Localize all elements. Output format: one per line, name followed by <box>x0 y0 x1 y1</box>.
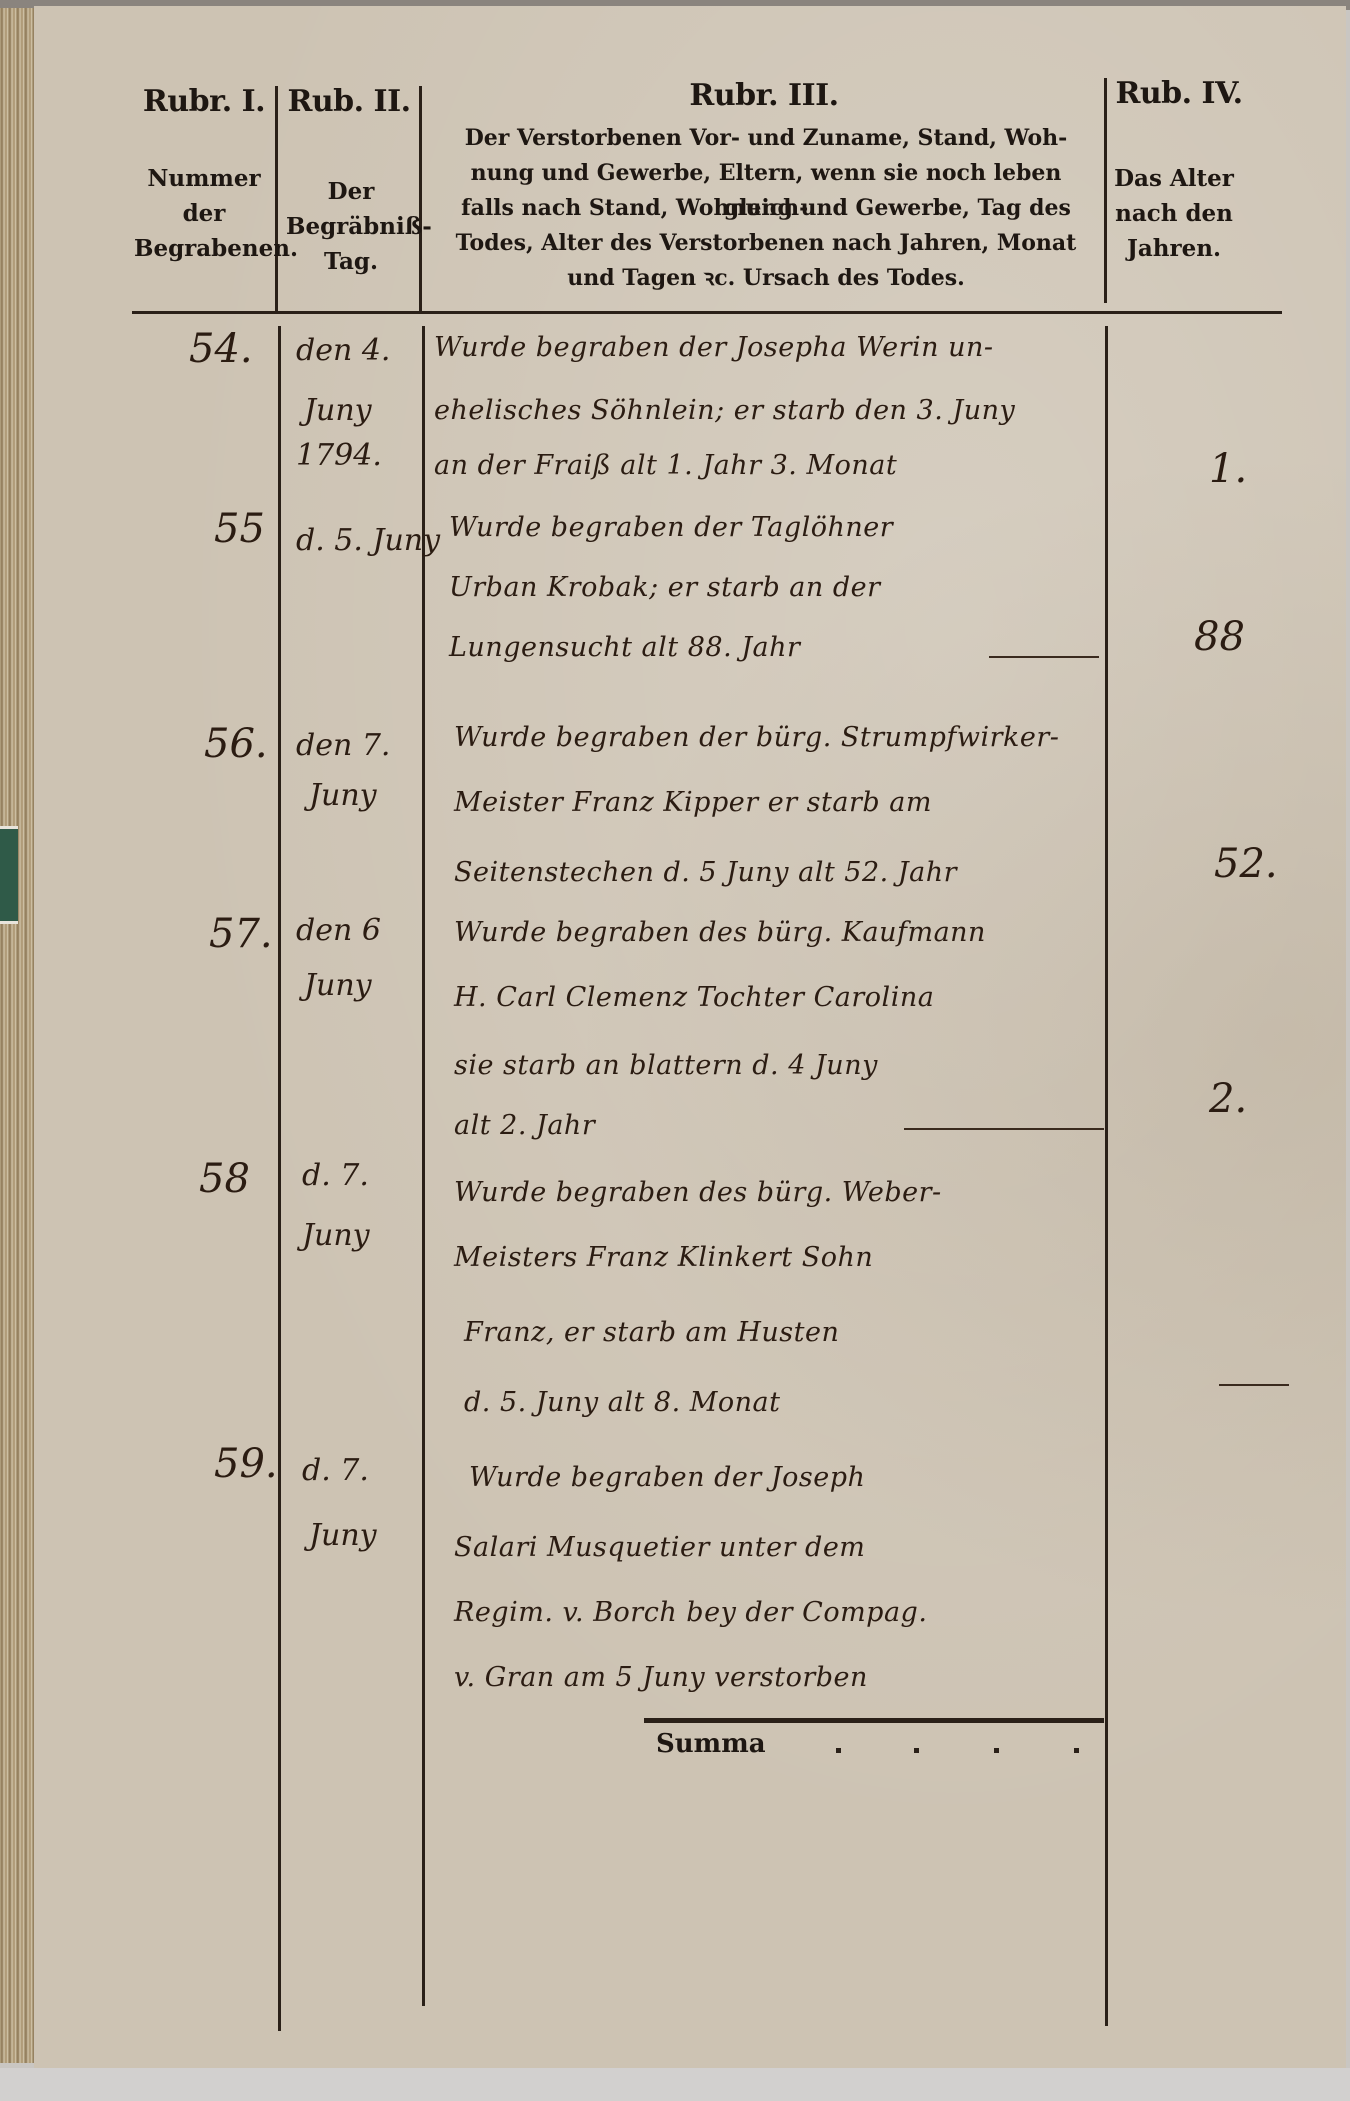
col3-label-line3: falls nach Stand, Wohnung und Gewerbe, T… <box>426 191 1106 226</box>
col1-label: Nummer der Begrabenen. <box>134 161 274 266</box>
summa-dot-3 <box>994 1748 999 1753</box>
col3-label-line4: Todes, Alter des Verstorbenen nach Jahre… <box>426 226 1106 261</box>
col3-label-line5: und Tagen ꝛc. Ursach des Todes. <box>426 261 1106 296</box>
entry-58-number: 58 <box>199 1156 250 1202</box>
rule-col2-col3 <box>422 326 425 2006</box>
entry-59-date-line2: Juny <box>309 1516 377 1556</box>
entry-56-date-line1: den 7. <box>296 726 390 766</box>
entry-57-age: 2. <box>1209 1076 1247 1122</box>
summa-dot-1 <box>836 1748 841 1753</box>
summa-dot-4 <box>1074 1748 1079 1753</box>
entry-54-date-line3: 1794. <box>296 436 382 476</box>
summa-dot-2 <box>914 1748 919 1753</box>
entry-56-date-line2: Juny <box>309 776 377 816</box>
entry-56-age: 52. <box>1214 841 1278 887</box>
entry-59-text-line4: v. Gran am 5 Juny verstorben <box>454 1636 868 1719</box>
scan-bottom-edge <box>0 2068 1350 2101</box>
col1-rubric: Rubr. I. <box>129 84 279 119</box>
entry-59-number: 59. <box>214 1441 278 1487</box>
rule-col2-col3-header <box>419 86 422 311</box>
summa-label: Summa <box>656 1729 766 1759</box>
col4-label: Das Alter nach den Jahren. <box>1114 161 1234 266</box>
entry-57-date-line1: den 6 <box>296 911 381 951</box>
register-page: Rubr. I. Nummer der Begrabenen. Rub. II.… <box>34 6 1346 2068</box>
col4-rubric: Rub. IV. <box>1109 76 1249 111</box>
col3-rubric: Rubr. III. <box>424 78 1104 113</box>
entry-58-text-line2: Meisters Franz Klinkert Sohn <box>454 1216 873 1299</box>
entry-54-number: 54. <box>189 326 253 372</box>
entry-58-text-line4: d. 5. Juny alt 8. Monat <box>464 1361 780 1444</box>
col2-rubric: Rub. II. <box>274 84 424 119</box>
entry-55-dash <box>989 656 1099 658</box>
entry-59-date-line1: d. 7. <box>302 1451 369 1491</box>
rule-col1-col2-header <box>275 86 278 311</box>
entry-54-age: 1. <box>1209 446 1247 492</box>
entry-58-date-line1: d. 7. <box>302 1156 369 1196</box>
entry-55-age: 88 <box>1194 614 1245 660</box>
entry-54-date-line2: Juny <box>304 391 372 431</box>
entry-55-number: 55 <box>214 506 265 552</box>
rule-col1-col2 <box>278 326 281 2031</box>
entry-56-number: 56. <box>204 721 268 767</box>
entry-57-number: 57. <box>209 911 273 957</box>
entry-57-dash <box>904 1128 1104 1130</box>
entry-55-date-line1: d. 5. Juny <box>296 521 440 561</box>
book-page-edges <box>0 8 38 2063</box>
entry-58-date-line2: Juny <box>302 1216 370 1256</box>
entry-54-date-line1: den 4. <box>296 331 390 371</box>
col3-label-line1: Der Verstorbenen Vor- und Zuname, Stand,… <box>426 121 1106 156</box>
col2-label: Der Begräbniß-Tag. <box>286 174 416 279</box>
bookmark-ribbon <box>0 826 18 924</box>
entry-58-age-dash <box>1219 1384 1289 1386</box>
rule-col3-col4 <box>1105 326 1108 2026</box>
summa-rule <box>644 1718 1104 1723</box>
entry-57-date-line2: Juny <box>304 966 372 1006</box>
entry-55-text-line3: Lungensucht alt 88. Jahr <box>449 606 800 689</box>
